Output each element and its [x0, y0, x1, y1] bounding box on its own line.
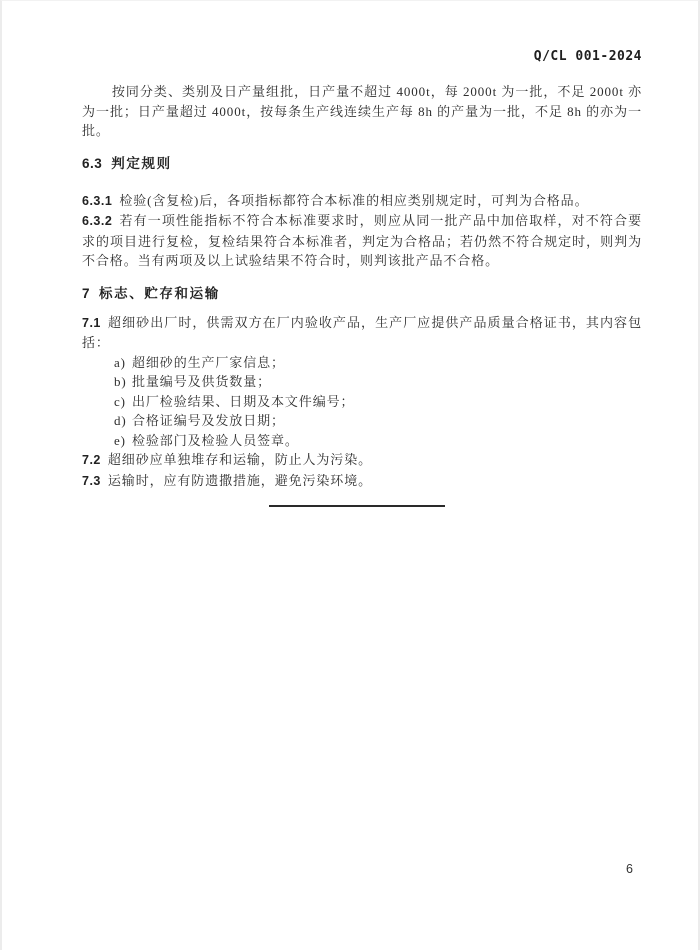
section-7-clauses: 7.1超细砂出厂时，供需双方在厂内验收产品，生产厂应提供产品质量合格证书，其内容… [82, 313, 642, 492]
clause-6-3-1: 6.3.1检验(含复检)后，各项指标都符合本标准的相应类别规定时，可判为合格品。 [82, 191, 642, 212]
list-item-text: 出厂检验结果、日期及本文件编号； [132, 394, 354, 409]
clause-6-3-1-number: 6.3.1 [82, 194, 112, 208]
list-item-marker: b) [114, 372, 132, 392]
clause-6-3-2-number: 6.3.2 [82, 214, 112, 228]
section-7-heading: 7标志、贮存和运输 [82, 284, 642, 303]
page-content: Q/CL 001-2024 按同分类、类别及日产量组批，日产量不超过 4000t… [82, 49, 642, 507]
list-item: d)合格证编号及发放日期； [114, 411, 642, 431]
clause-7-3-number: 7.3 [82, 474, 101, 488]
list-item-text: 批量编号及供货数量； [132, 374, 271, 389]
section-6-3-clauses: 6.3.1检验(含复检)后，各项指标都符合本标准的相应类别规定时，可判为合格品。… [82, 191, 642, 271]
clause-7-2: 7.2超细砂应单独堆存和运输，防止人为污染。 [82, 450, 642, 471]
document-page: Q/CL 001-2024 按同分类、类别及日产量组批，日产量不超过 4000t… [0, 0, 700, 950]
list-item: c)出厂检验结果、日期及本文件编号； [114, 392, 642, 412]
list-item-marker: c) [114, 392, 132, 412]
clause-6-3-2-text: 若有一项性能指标不符合本标准要求时，则应从同一批产品中加倍取样，对不符合要求的项… [82, 213, 642, 268]
batching-paragraph: 按同分类、类别及日产量组批，日产量不超过 4000t，每 2000t 为一批，不… [82, 82, 642, 141]
list-item-marker: e) [114, 431, 132, 451]
list-item-text: 合格证编号及发放日期； [132, 413, 285, 428]
clause-7-1: 7.1超细砂出厂时，供需双方在厂内验收产品，生产厂应提供产品质量合格证书，其内容… [82, 313, 642, 353]
list-item: a)超细砂的生产厂家信息； [114, 353, 642, 373]
clause-7-1-number: 7.1 [82, 316, 101, 330]
section-6-3-title: 判定规则 [111, 156, 171, 171]
list-item: b)批量编号及供货数量； [114, 372, 642, 392]
end-of-text-rule [269, 505, 445, 507]
clause-7-3: 7.3运输时，应有防遗撒措施，避免污染环境。 [82, 471, 642, 492]
list-item-text: 检验部门及检验人员签章。 [132, 433, 299, 448]
section-6-3-heading: 6.3判定规则 [82, 154, 642, 173]
list-item: e)检验部门及检验人员签章。 [114, 431, 642, 451]
clause-6-3-2: 6.3.2若有一项性能指标不符合本标准要求时，则应从同一批产品中加倍取样，对不符… [82, 211, 642, 271]
clause-7-2-number: 7.2 [82, 453, 101, 467]
section-7-title: 标志、贮存和运输 [99, 286, 220, 301]
list-item-marker: d) [114, 411, 132, 431]
page-number: 6 [626, 862, 633, 876]
section-6-3-number: 6.3 [82, 156, 102, 171]
list-item-marker: a) [114, 353, 132, 373]
clause-6-3-1-text: 检验(含复检)后，各项指标都符合本标准的相应类别规定时，可判为合格品。 [119, 193, 588, 208]
doc-number-header: Q/CL 001-2024 [82, 49, 642, 64]
clause-7-1-text: 超细砂出厂时，供需双方在厂内验收产品，生产厂应提供产品质量合格证书，其内容包括： [82, 315, 642, 351]
clause-7-3-text: 运输时，应有防遗撒措施，避免污染环境。 [108, 473, 372, 488]
clause-7-2-text: 超细砂应单独堆存和运输，防止人为污染。 [108, 452, 372, 467]
list-item-text: 超细砂的生产厂家信息； [132, 355, 285, 370]
section-7-number: 7 [82, 286, 90, 301]
certificate-content-list: a)超细砂的生产厂家信息； b)批量编号及供货数量； c)出厂检验结果、日期及本… [82, 353, 642, 451]
